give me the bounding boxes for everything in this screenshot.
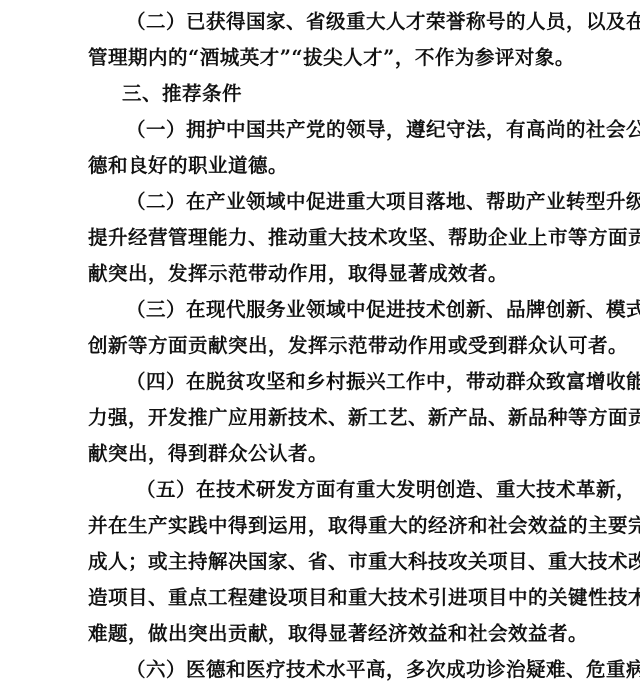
document-page: （二）已获得国家、省级重大人才荣誉称号的人员，以及在管理期内的“酒城英才”“拔尖… xyxy=(0,0,640,683)
text-line: 造项目、重点工程建设项目和重大技术引进项目中的关键性技术 xyxy=(88,586,560,610)
text-line: （一）拥护中国共产党的领导，遵纪守法，有高尚的社会公 xyxy=(126,118,560,142)
text-line: （二）在产业领域中促进重大项目落地、帮助产业转型升级、 xyxy=(126,190,560,214)
text-line: 并在生产实践中得到运用，取得重大的经济和社会效益的主要完 xyxy=(88,514,560,538)
text-line: 德和良好的职业道德。 xyxy=(88,154,560,178)
text-line: 管理期内的“酒城英才”“拔尖人才”，不作为参评对象。 xyxy=(88,46,560,70)
text-line: （二）已获得国家、省级重大人才荣誉称号的人员，以及在 xyxy=(126,10,560,34)
text-line: 提升经营管理能力、推动重大技术攻坚、帮助企业上市等方面贡 xyxy=(88,226,560,250)
text-line: （三）在现代服务业领域中促进技术创新、品牌创新、模式 xyxy=(126,298,560,322)
text-line: 献突出，得到群众公认者。 xyxy=(88,442,560,466)
text-line: 献突出，发挥示范带动作用，取得显著成效者。 xyxy=(88,262,560,286)
text-line: （五）在技术研发方面有重大发明创造、重大技术革新， xyxy=(136,478,560,502)
text-line: 创新等方面贡献突出，发挥示范带动作用或受到群众认可者。 xyxy=(88,334,560,358)
text-line: 力强，开发推广应用新技术、新工艺、新产品、新品种等方面贡 xyxy=(88,406,560,430)
text-line: （四）在脱贫攻坚和乡村振兴工作中，带动群众致富增收能 xyxy=(126,370,560,394)
section-heading: 三、推荐条件 xyxy=(122,82,242,106)
text-line: 难题，做出突出贡献，取得显著经济效益和社会效益者。 xyxy=(88,622,560,646)
text-line: （六）医德和医疗技术水平高，多次成功诊治疑难、危重病 xyxy=(126,658,560,682)
text-line: 成人；或主持解决国家、省、市重大科技攻关项目、重大技术改 xyxy=(88,550,560,574)
